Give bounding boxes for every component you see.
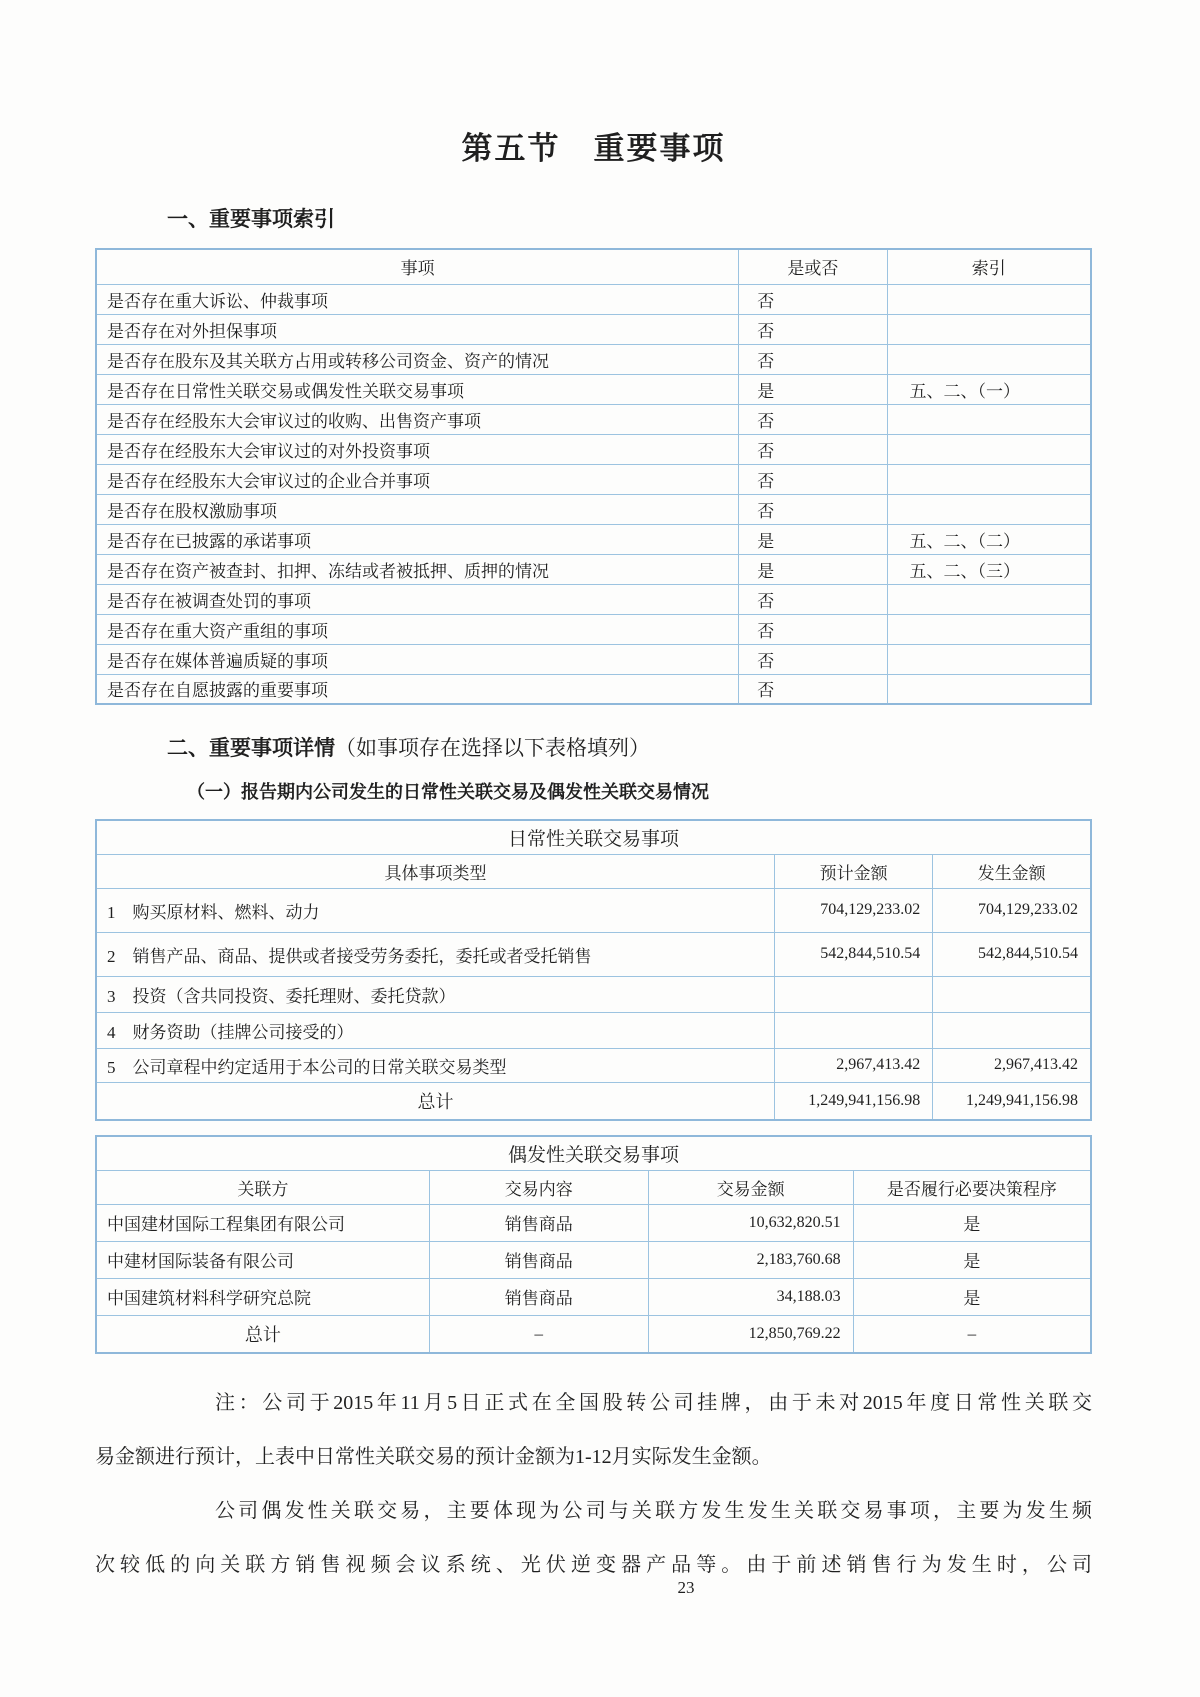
index-table-header-row: 事项 是或否 索引 [96,249,1091,284]
index-header-ref: 索引 [887,249,1091,284]
occ-party: 中国建筑材料科学研究总院 [96,1278,429,1315]
occ-total-amount: 12,850,769.22 [648,1315,853,1353]
daily-type: 4 财务资助（挂牌公司接受的） [96,1012,775,1048]
index-row: 是否存在对外担保事项 否 [96,314,1091,344]
note-line-1: 注：公司于2015年11月5日正式在全国股转公司挂牌，由于未对2015年度日常性… [95,1376,1092,1430]
index-row: 是否存在已披露的承诺事项 是 五、二、（二） [96,524,1091,554]
daily-table-title: 日常性关联交易事项 [96,820,1091,854]
daily-header-actual: 发生金额 [933,854,1091,888]
daily-total-row: 总计 1,249,941,156.98 1,249,941,156.98 [96,1082,1091,1120]
index-item: 是否存在股权激励事项 [96,494,739,524]
index-yn: 是 [739,374,887,404]
index-row: 是否存在重大资产重组的事项 否 [96,614,1091,644]
index-ref [887,344,1091,374]
daily-expected: 2,967,413.42 [775,1048,933,1082]
index-row: 是否存在被调查处罚的事项 否 [96,584,1091,614]
index-item: 是否存在经股东大会审议过的企业合并事项 [96,464,739,494]
index-item: 是否存在媒体普遍质疑的事项 [96,644,739,674]
daily-type: 1 购买原材料、燃料、动力 [96,888,775,932]
index-item: 是否存在重大资产重组的事项 [96,614,739,644]
daily-expected [775,1012,933,1048]
occ-header-party: 关联方 [96,1170,429,1204]
index-item: 是否存在资产被查封、扣押、冻结或者被抵押、质押的情况 [96,554,739,584]
daily-actual: 542,844,510.54 [933,932,1091,976]
daily-related-transactions-table: 日常性关联交易事项 具体事项类型 预计金额 发生金额 1 购买原材料、燃料、动力… [95,819,1092,1121]
index-row: 是否存在经股东大会审议过的对外投资事项 否 [96,434,1091,464]
page-number: 23 [678,1578,695,1598]
important-matters-index-table: 事项 是或否 索引 是否存在重大诉讼、仲裁事项 否 是否存在对外担保事项 否 是… [95,248,1092,705]
occ-content: 销售商品 [429,1241,648,1278]
daily-header-type: 具体事项类型 [96,854,775,888]
index-ref [887,614,1091,644]
section-heading-details: 二、重要事项详情（如事项存在选择以下表格填列） [167,735,1092,763]
daily-type: 2 销售产品、商品、提供或者接受劳务委托，委托或者受托销售 [96,932,775,976]
occ-amount: 10,632,820.51 [648,1204,853,1241]
occ-procedure: 是 [853,1278,1091,1315]
daily-expected: 704,129,233.02 [775,888,933,932]
daily-total-label: 总计 [96,1082,775,1120]
daily-expected [775,976,933,1012]
occ-content: 销售商品 [429,1278,648,1315]
index-yn: 否 [739,584,887,614]
index-ref [887,494,1091,524]
index-ref [887,314,1091,344]
index-item: 是否存在自愿披露的重要事项 [96,674,739,704]
daily-row: 4 财务资助（挂牌公司接受的） [96,1012,1091,1048]
index-ref [887,434,1091,464]
index-ref: 五、二、（二） [887,524,1091,554]
occ-content: 销售商品 [429,1204,648,1241]
index-ref [887,464,1091,494]
index-row: 是否存在股权激励事项 否 [96,494,1091,524]
daily-actual [933,976,1091,1012]
index-ref [887,644,1091,674]
page-title: 第五节 重要事项 [95,128,1092,170]
index-ref [887,584,1091,614]
index-row: 是否存在资产被查封、扣押、冻结或者被抵押、质押的情况 是 五、二、（三） [96,554,1091,584]
index-row: 是否存在自愿披露的重要事项 否 [96,674,1091,704]
daily-row: 1 购买原材料、燃料、动力 704,129,233.02 704,129,233… [96,888,1091,932]
occ-total-content: – [429,1315,648,1353]
daily-type: 3 投资（含共同投资、委托理财、委托贷款） [96,976,775,1012]
occ-header-content: 交易内容 [429,1170,648,1204]
index-row: 是否存在股东及其关联方占用或转移公司资金、资产的情况 否 [96,344,1091,374]
occ-procedure: 是 [853,1204,1091,1241]
daily-actual: 2,967,413.42 [933,1048,1091,1082]
daily-total-actual: 1,249,941,156.98 [933,1082,1091,1120]
daily-row: 3 投资（含共同投资、委托理财、委托贷款） [96,976,1091,1012]
index-yn: 否 [739,344,887,374]
index-yn: 否 [739,314,887,344]
occasional-row: 中建材国际装备有限公司 销售商品 2,183,760.68 是 [96,1241,1091,1278]
occasional-row: 中国建筑材料科学研究总院 销售商品 34,188.03 是 [96,1278,1091,1315]
occasional-total-row: 总计 – 12,850,769.22 – [96,1315,1091,1353]
index-header-yes-no: 是或否 [739,249,887,284]
index-header-item: 事项 [96,249,739,284]
daily-actual: 704,129,233.02 [933,888,1091,932]
occ-header-procedure: 是否履行必要决策程序 [853,1170,1091,1204]
daily-row: 2 销售产品、商品、提供或者接受劳务委托，委托或者受托销售 542,844,51… [96,932,1091,976]
note-line-2: 易金额进行预计，上表中日常性关联交易的预计金额为1-12月实际发生金额。 [95,1430,1092,1484]
index-yn: 否 [739,614,887,644]
occasional-table-title: 偶发性关联交易事项 [96,1136,1091,1170]
daily-type: 5 公司章程中约定适用于本公司的日常关联交易类型 [96,1048,775,1082]
index-item: 是否存在股东及其关联方占用或转移公司资金、资产的情况 [96,344,739,374]
index-item: 是否存在对外担保事项 [96,314,739,344]
daily-table-header-row: 具体事项类型 预计金额 发生金额 [96,854,1091,888]
details-heading-paren: （如事项存在选择以下表格填列） [335,737,650,760]
occasional-related-transactions-table: 偶发性关联交易事项 关联方 交易内容 交易金额 是否履行必要决策程序 中国建材国… [95,1135,1092,1354]
index-ref [887,404,1091,434]
note-paragraph: 注：公司于2015年11月5日正式在全国股转公司挂牌，由于未对2015年度日常性… [95,1376,1092,1484]
index-yn: 是 [739,524,887,554]
index-row: 是否存在经股东大会审议过的收购、出售资产事项 否 [96,404,1091,434]
occ-party: 中建材国际装备有限公司 [96,1241,429,1278]
daily-table-title-row: 日常性关联交易事项 [96,820,1091,854]
index-row: 是否存在重大诉讼、仲裁事项 否 [96,284,1091,314]
occ-procedure: 是 [853,1241,1091,1278]
index-ref [887,674,1091,704]
occ-total-procedure: – [853,1315,1091,1353]
occasional-table-title-row: 偶发性关联交易事项 [96,1136,1091,1170]
index-yn: 否 [739,434,887,464]
index-ref: 五、二、（一） [887,374,1091,404]
daily-expected: 542,844,510.54 [775,932,933,976]
index-row: 是否存在媒体普遍质疑的事项 否 [96,644,1091,674]
index-yn: 否 [739,644,887,674]
section-heading-index: 一、重要事项索引 [167,206,1092,234]
index-yn: 否 [739,674,887,704]
daily-header-expected: 预计金额 [775,854,933,888]
body-line-1: 公司偶发性关联交易，主要体现为公司与关联方发生发生关联交易事项，主要为发生频 [95,1484,1092,1538]
index-item: 是否存在被调查处罚的事项 [96,584,739,614]
index-item: 是否存在重大诉讼、仲裁事项 [96,284,739,314]
body-paragraph: 公司偶发性关联交易，主要体现为公司与关联方发生发生关联交易事项，主要为发生频 次… [95,1484,1092,1592]
index-row: 是否存在日常性关联交易或偶发性关联交易事项 是 五、二、（一） [96,374,1091,404]
index-yn: 否 [739,284,887,314]
daily-total-expected: 1,249,941,156.98 [775,1082,933,1120]
details-heading-main: 二、重要事项详情 [167,737,335,760]
occ-party: 中国建材国际工程集团有限公司 [96,1204,429,1241]
occ-amount: 34,188.03 [648,1278,853,1315]
daily-row: 5 公司章程中约定适用于本公司的日常关联交易类型 2,967,413.42 2,… [96,1048,1091,1082]
index-yn: 是 [739,554,887,584]
index-item: 是否存在日常性关联交易或偶发性关联交易事项 [96,374,739,404]
occ-header-amount: 交易金额 [648,1170,853,1204]
body-line-2: 次较低的向关联方销售视频会议系统、光伏逆变器产品等。由于前述销售行为发生时，公司 [95,1538,1092,1592]
daily-actual [933,1012,1091,1048]
document-page: 第五节 重要事项 一、重要事项索引 事项 是或否 索引 是否存在重大诉讼、仲裁事… [0,0,1200,1697]
index-ref: 五、二、（三） [887,554,1091,584]
index-item: 是否存在经股东大会审议过的收购、出售资产事项 [96,404,739,434]
index-item: 是否存在经股东大会审议过的对外投资事项 [96,434,739,464]
occasional-row: 中国建材国际工程集团有限公司 销售商品 10,632,820.51 是 [96,1204,1091,1241]
occ-total-label: 总计 [96,1315,429,1353]
occasional-table-header-row: 关联方 交易内容 交易金额 是否履行必要决策程序 [96,1170,1091,1204]
occ-amount: 2,183,760.68 [648,1241,853,1278]
index-yn: 否 [739,494,887,524]
index-yn: 否 [739,404,887,434]
index-yn: 否 [739,464,887,494]
index-item: 是否存在已披露的承诺事项 [96,524,739,554]
subsection-heading-related-transactions: （一）报告期内公司发生的日常性关联交易及偶发性关联交易情况 [187,779,1092,805]
index-ref [887,284,1091,314]
index-row: 是否存在经股东大会审议过的企业合并事项 否 [96,464,1091,494]
